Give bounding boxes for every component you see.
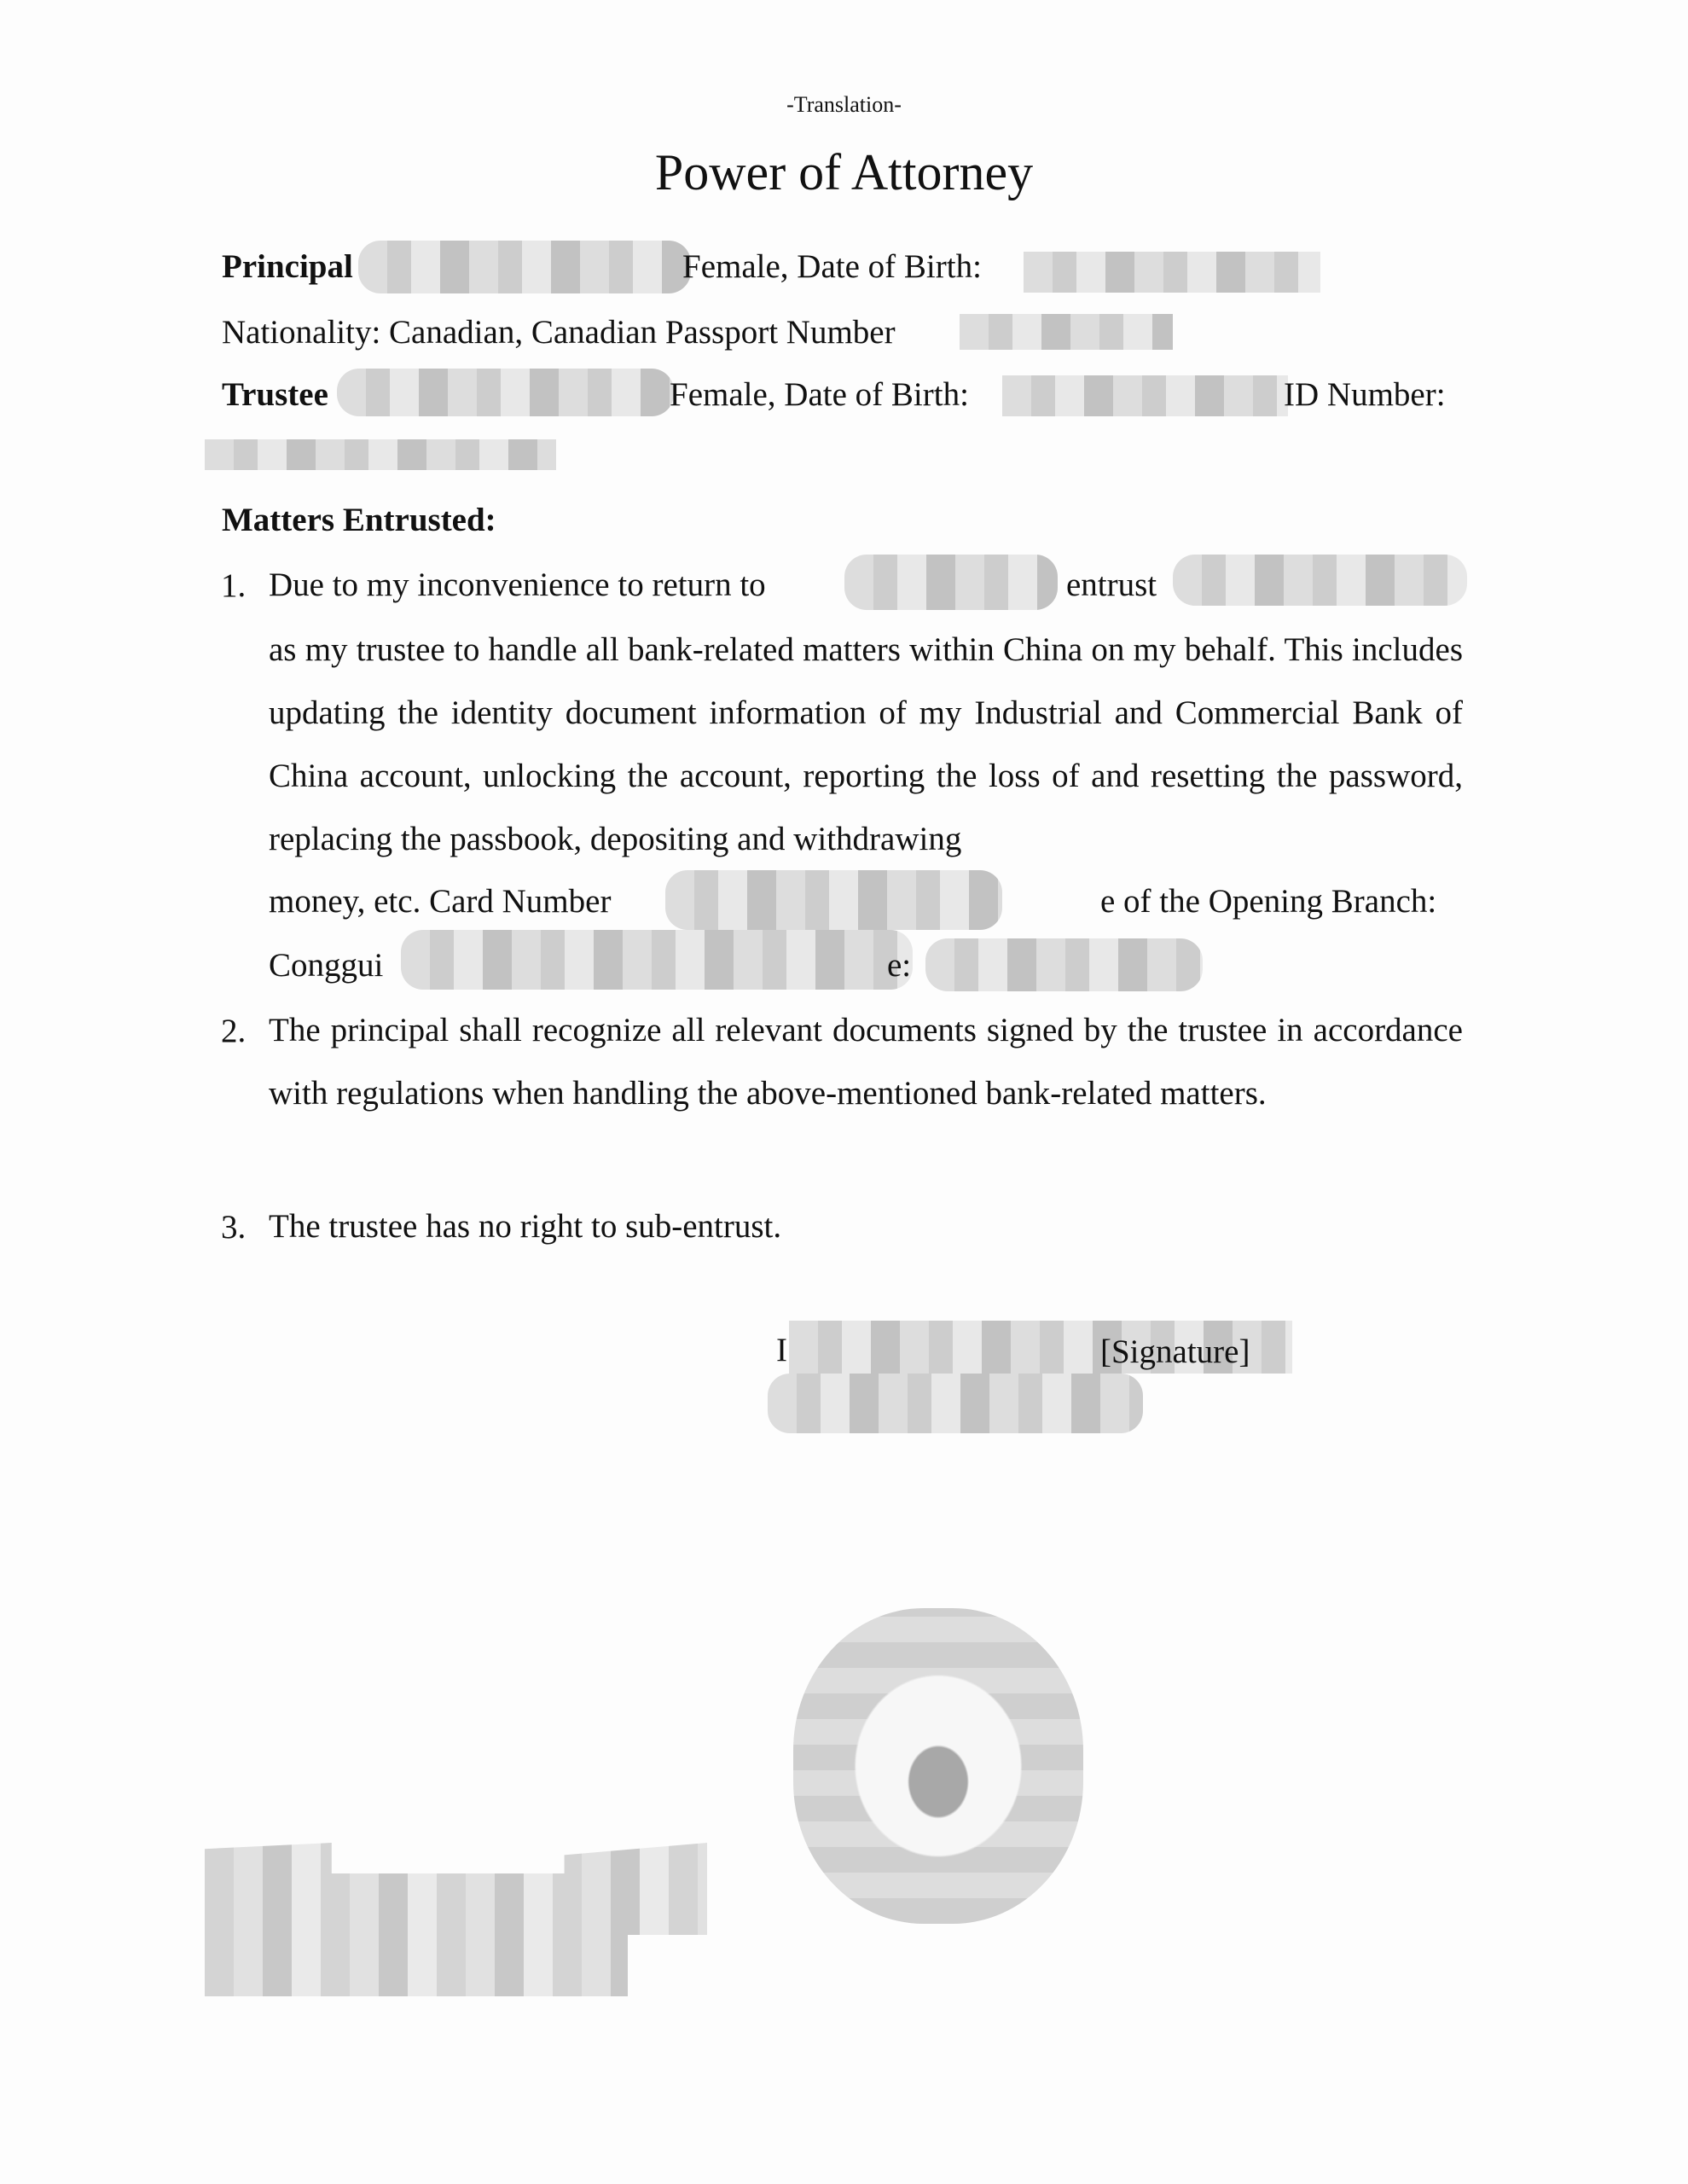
redacted-trustee-dob — [1002, 375, 1288, 416]
signature-prefix: I — [776, 1333, 787, 1367]
translation-label: -Translation- — [0, 92, 1688, 118]
redacted-signature-date — [768, 1374, 1143, 1433]
item-3-text: The trustee has no right to sub-entrust. — [269, 1210, 781, 1243]
redacted-principal-dob — [1024, 252, 1320, 293]
redacted-trustee-name — [337, 369, 674, 416]
redacted-trustee-id — [205, 439, 556, 470]
principal-gender-dob-label: Female, Date of Birth: — [682, 250, 982, 283]
item-1-branch-start: Conggui — [269, 949, 383, 982]
redacted-card-number — [665, 870, 1002, 930]
item-1-card-label: money, etc. Card Number — [269, 885, 611, 918]
item-1-branch-label: e of the Opening Branch: — [1100, 885, 1436, 918]
principal-nationality: Nationality: Canadian, Canadian Passport… — [222, 316, 896, 349]
principal-label: Principal — [222, 250, 353, 283]
handwritten-signature-redacted — [205, 1843, 734, 1996]
redacted-branch-name — [401, 930, 913, 990]
trustee-id-label: ID Number: — [1284, 378, 1446, 411]
trustee-label: Trustee — [222, 378, 328, 411]
item-1-body: as my trustee to handle all bank-related… — [269, 619, 1463, 871]
item-2-number: 2. — [221, 1012, 246, 1050]
item-2-text: The principal shall recognize all releva… — [269, 999, 1463, 1125]
item-1-line1-start: Due to my inconvenience to return to — [269, 568, 766, 601]
signature-label: [Signature] — [1100, 1335, 1250, 1368]
redacted-passport-number — [960, 314, 1173, 350]
matters-heading: Matters Entrusted: — [222, 503, 496, 537]
official-seal-stamp — [793, 1608, 1083, 1924]
item-1-line1-mid: entrust — [1066, 568, 1157, 601]
redacted-branch-detail — [925, 938, 1203, 991]
redacted-location — [844, 555, 1058, 610]
redacted-trustee-name-2 — [1173, 555, 1467, 606]
redacted-principal-name — [358, 241, 691, 293]
item-1-number: 1. — [221, 566, 246, 605]
item-1-branch-mid: e: — [887, 949, 911, 982]
page-title: Power of Attorney — [0, 143, 1688, 202]
item-3-number: 3. — [221, 1208, 246, 1246]
trustee-gender-dob-label: Female, Date of Birth: — [670, 378, 969, 411]
